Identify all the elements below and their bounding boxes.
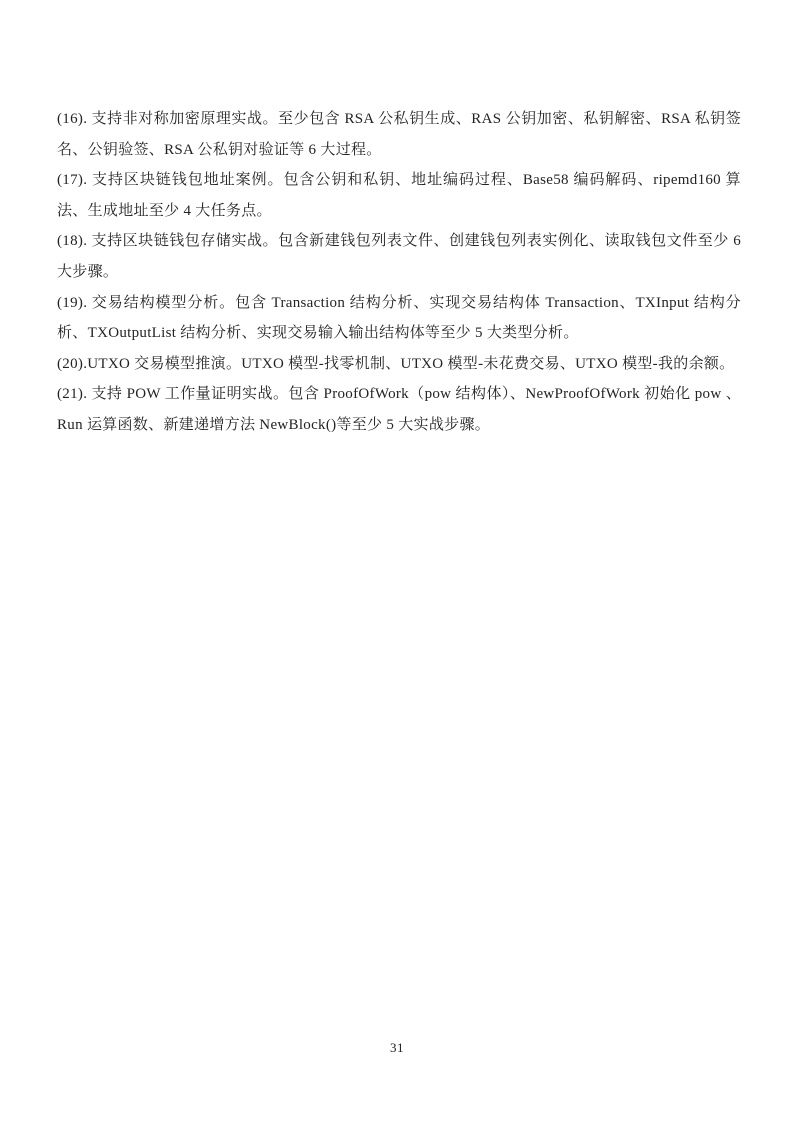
- page-footer: 31: [0, 1039, 794, 1057]
- body-text-block: (16). 支持非对称加密原理实战。至少包含 RSA 公私钥生成、RAS 公钥加…: [57, 104, 741, 441]
- list-item-18: (18). 支持区块链钱包存储实战。包含新建钱包列表文件、创建钱包列表实例化、读…: [57, 226, 741, 287]
- list-item-19: (19). 交易结构模型分析。包含 Transaction 结构分析、实现交易结…: [57, 288, 741, 349]
- page-number: 31: [390, 1040, 404, 1055]
- document-page: (16). 支持非对称加密原理实战。至少包含 RSA 公私钥生成、RAS 公钥加…: [0, 0, 794, 1122]
- list-item-20: (20).UTXO 交易模型推演。UTXO 模型-找零机制、UTXO 模型-未花…: [57, 349, 741, 380]
- list-item-21: (21). 支持 POW 工作量证明实战。包含 ProofOfWork（pow …: [57, 379, 741, 440]
- list-item-16: (16). 支持非对称加密原理实战。至少包含 RSA 公私钥生成、RAS 公钥加…: [57, 104, 741, 165]
- list-item-17: (17). 支持区块链钱包地址案例。包含公钥和私钥、地址编码过程、Base58 …: [57, 165, 741, 226]
